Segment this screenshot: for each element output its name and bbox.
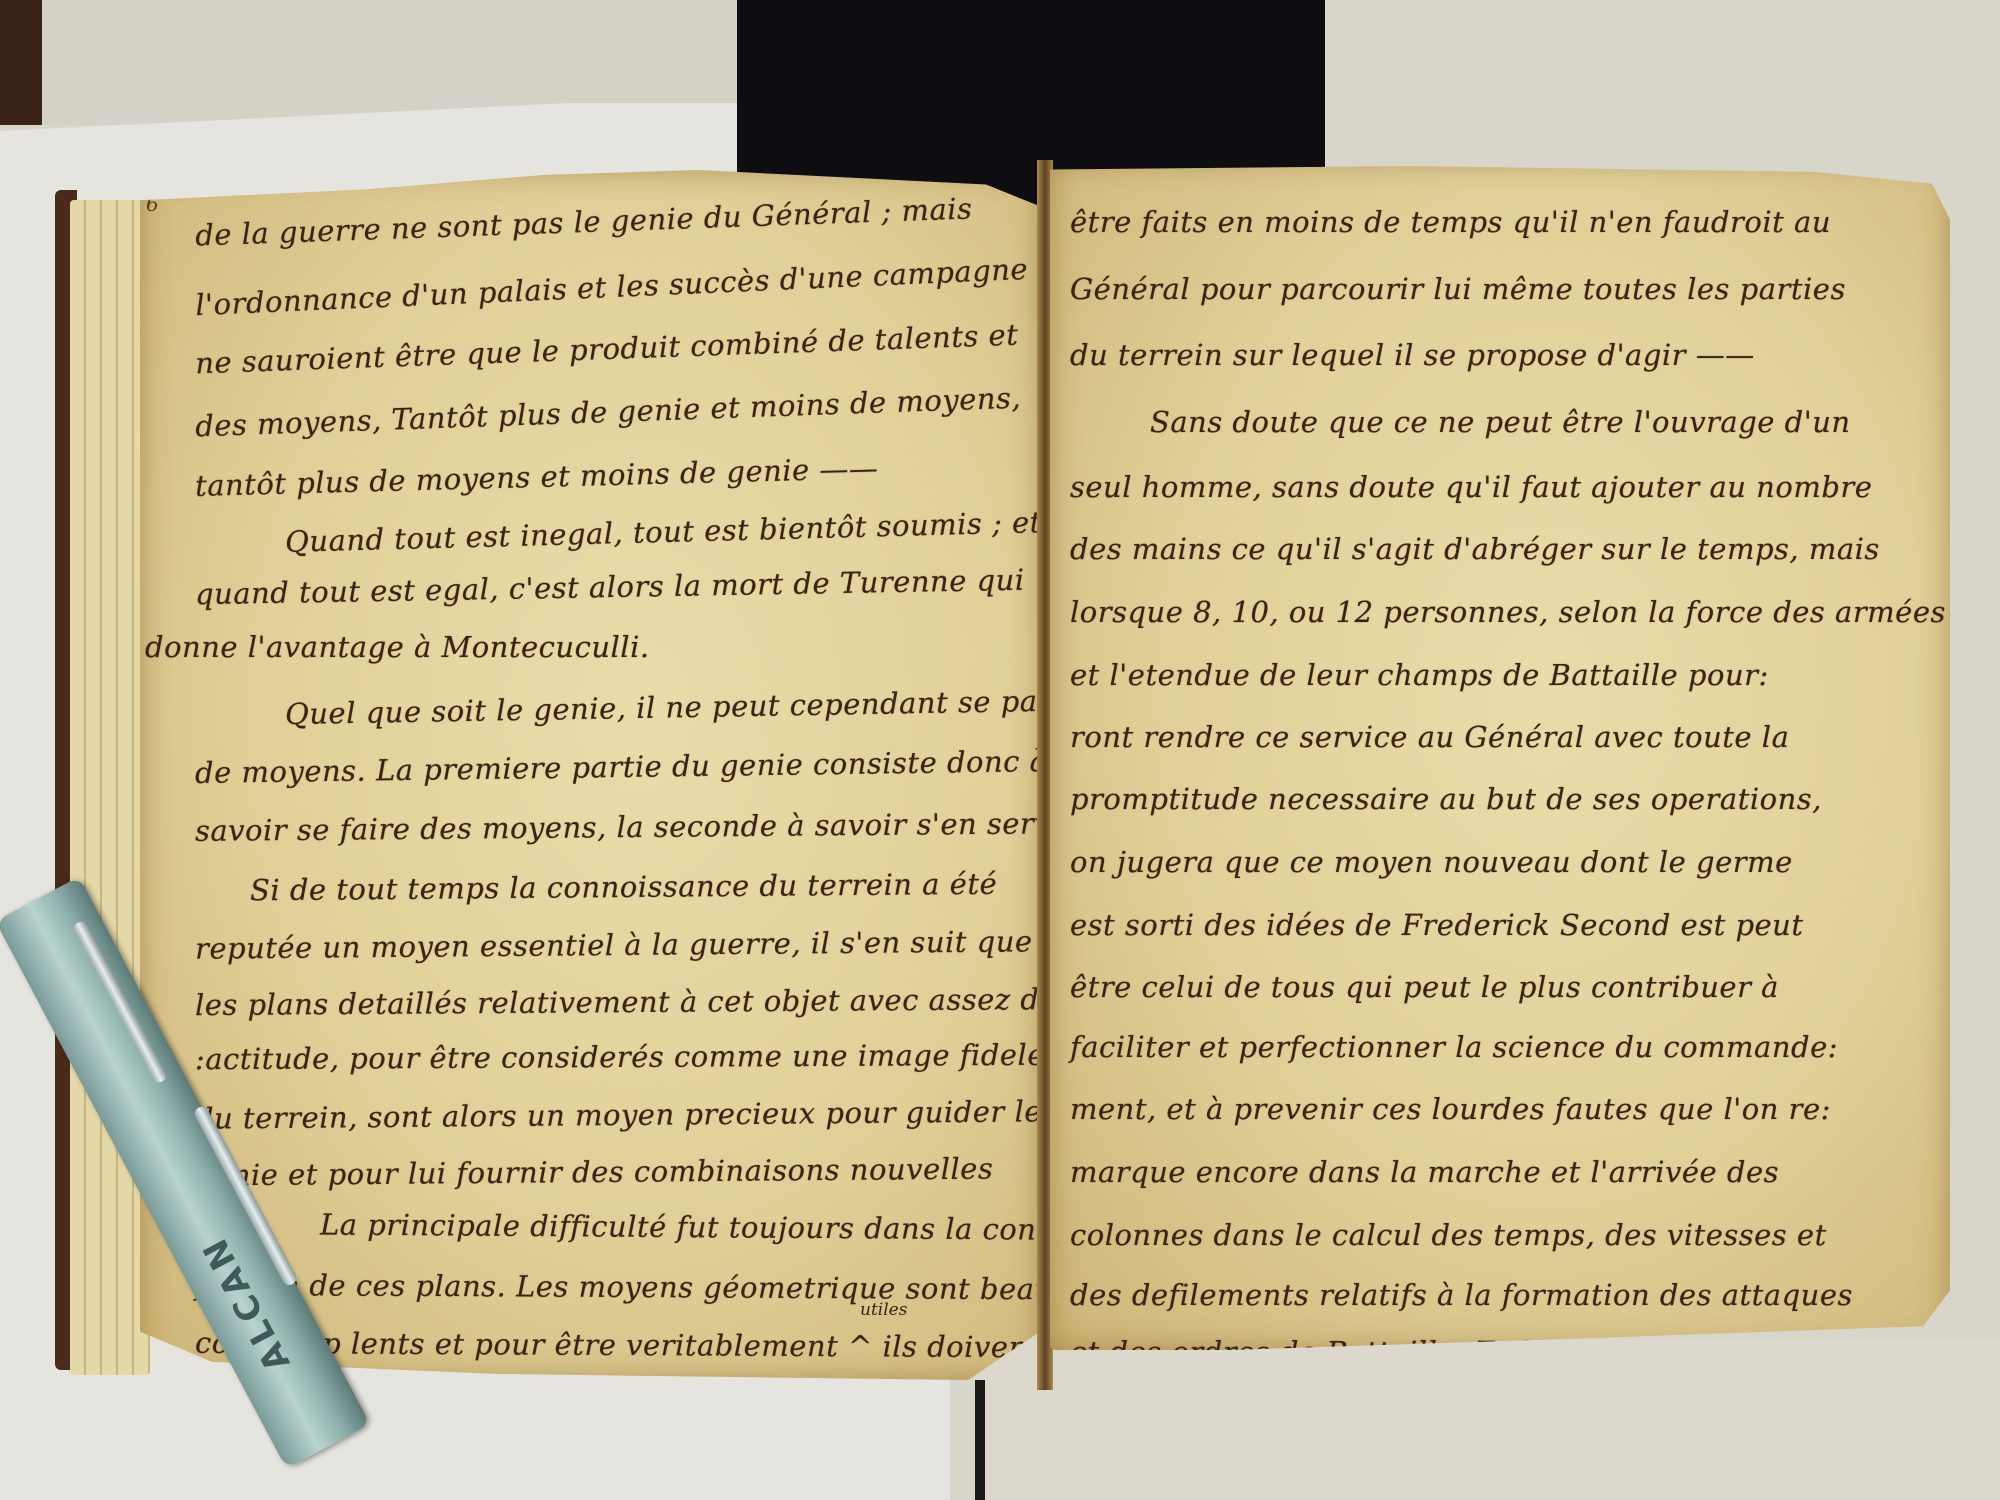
- handwritten-line: genie et pour lui fournir des combinaiso…: [195, 1152, 994, 1193]
- handwritten-line: ront rendre ce service au Général avec t…: [1070, 720, 1789, 754]
- background-bottom: [975, 1340, 2000, 1500]
- handwritten-line: de la guerre ne sont pas le genie du Gén…: [195, 191, 973, 252]
- handwritten-line: est sorti des idées de Frederick Second …: [1070, 908, 1804, 942]
- handwritten-line: des mains ce qu'il s'agit d'abréger sur …: [1070, 532, 1880, 566]
- handwritten-line: du terrein, sont alors un moyen precieux…: [195, 1094, 1042, 1135]
- handwritten-line: tantôt plus de moyens et moins de genie …: [195, 451, 879, 503]
- handwritten-line: ne sauroient être que le produit combiné…: [195, 318, 1019, 381]
- handwritten-line: des defilements relatifs à la formation …: [1070, 1278, 1853, 1312]
- handwritten-line: Quel que soit le genie, il ne peut cepen…: [285, 683, 1101, 731]
- handwritten-line: lorsque 8, 10, ou 12 personnes, selon la…: [1070, 595, 1946, 629]
- handwritten-line: des moyens, Tantôt plus de genie et moin…: [195, 381, 1022, 444]
- handwritten-line: promptitude necessaire au but de ses ope…: [1070, 782, 1822, 816]
- handwritten-line: du terrein sur lequel il se propose d'ag…: [1070, 338, 1755, 372]
- handwritten-line: Sans doute que ce ne peut être l'ouvrage…: [1150, 405, 1851, 439]
- handwritten-line: :actitude, pour être considerés comme un…: [195, 1038, 1045, 1076]
- handwritten-line: ment, et à prevenir ces lourdes fautes q…: [1070, 1092, 1831, 1126]
- handwritten-line: être celui de tous qui peut le plus cont…: [1070, 970, 1779, 1004]
- handwritten-line: seul homme, sans doute qu'il faut ajoute…: [1070, 470, 1872, 504]
- handwritten-line: quand tout est egal, c'est alors la mort…: [195, 563, 1025, 611]
- handwritten-line: Si de tout temps la connoissance du terr…: [250, 867, 997, 908]
- handwritten-line: de moyens. La premiere partie du genie c…: [195, 744, 1048, 790]
- handwritten-line: être faits en moins de temps qu'il n'en …: [1070, 205, 1831, 239]
- handwritten-line: et l'etendue de leur champs de Battaille…: [1070, 658, 1769, 692]
- handwritten-line: on jugera que ce moyen nouveau dont le g…: [1070, 845, 1793, 879]
- handwritten-line: marque encore dans la marche et l'arrivé…: [1070, 1155, 1779, 1189]
- handwritten-line: savoir se faire des moyens, la seconde à…: [195, 806, 1076, 848]
- handwritten-line: Général pour parcourir lui même toutes l…: [1070, 272, 1846, 306]
- handwritten-line: Quand tout est inegal, tout est bientôt …: [285, 505, 1043, 559]
- handwritten-line: l'ordonnance d'un palais et les succès d…: [195, 252, 1029, 322]
- background-dark-strip: [0, 0, 42, 125]
- manuscript-page-right: être faits en moins de temps qu'il n'en …: [1050, 160, 1950, 1350]
- sheet-gap-shadow: [975, 1380, 985, 1500]
- handwritten-line: La principale difficulté fut toujours da…: [320, 1207, 1037, 1246]
- interlinear-insertion: utiles: [860, 1300, 907, 1320]
- handwritten-line: reputée un moyen essentiel à la guerre, …: [195, 924, 1033, 965]
- handwritten-line: faciliter et perfectionner la science du…: [1070, 1030, 1838, 1064]
- handwritten-line: colonnes dans le calcul des temps, des v…: [1070, 1218, 1827, 1252]
- handwritten-line: les plans detaillés relativement à cet o…: [195, 982, 1083, 1022]
- handwritten-line: donne l'avantage à Montecuculli.: [145, 630, 650, 664]
